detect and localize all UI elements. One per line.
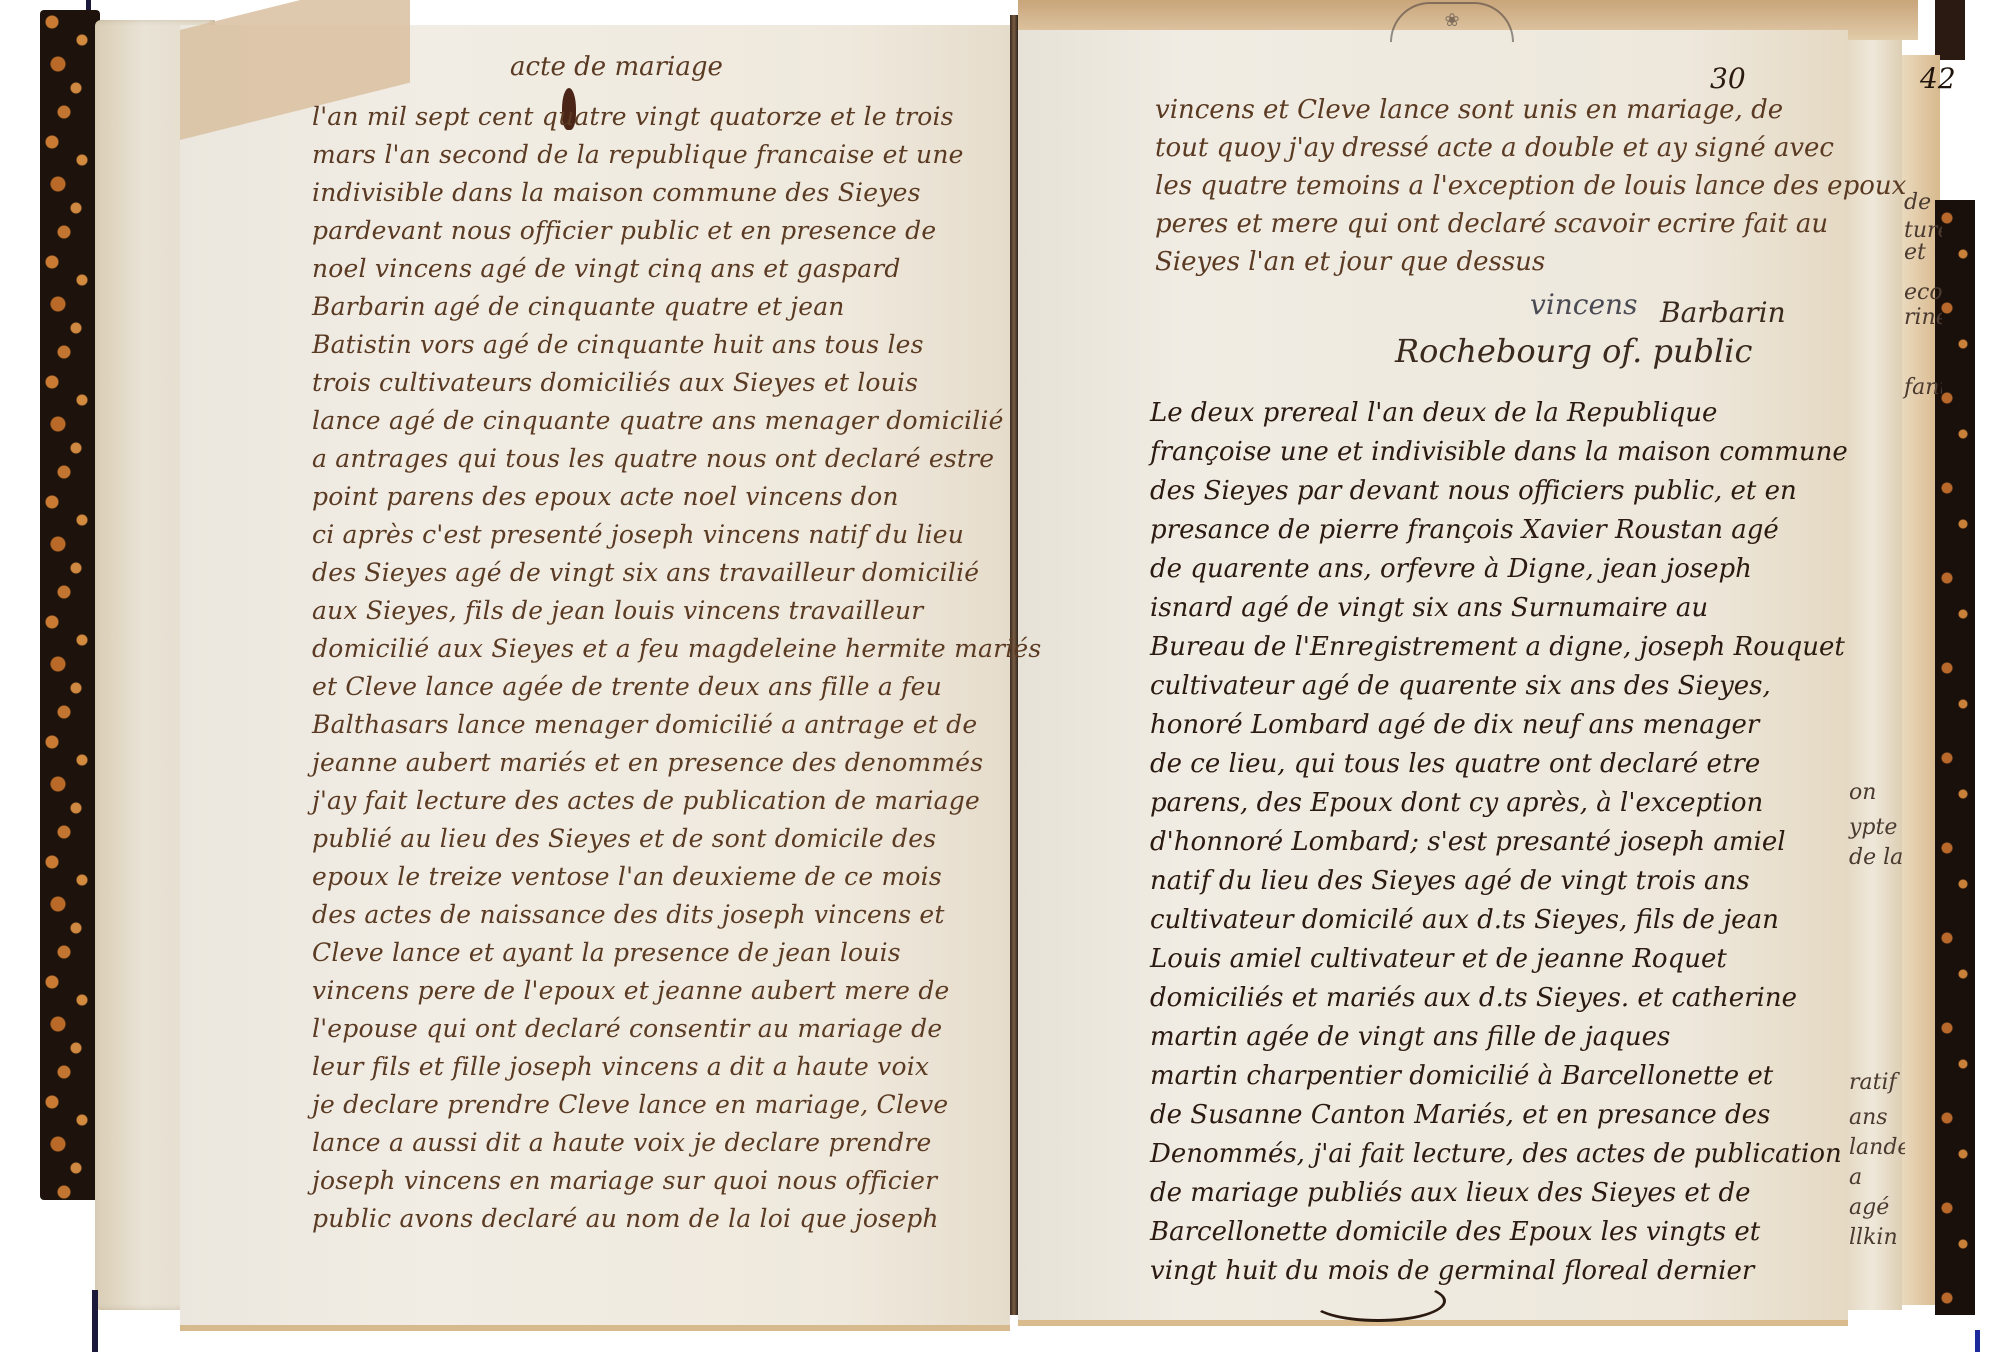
underlying-folio-number: 42 (1920, 62, 1956, 95)
right-page-first-act: vincens et Cleve lance sont unis en mari… (1155, 95, 1855, 295)
text-line: lance a aussi dit a haute voix je declar… (312, 1128, 931, 1157)
text-line: des actes de naissance des dits joseph v… (312, 900, 945, 929)
text-line: natif du lieu des Sieyes agé de vingt tr… (1150, 866, 1750, 896)
text-line: a antrages qui tous les quatre nous ont … (312, 444, 994, 473)
text-line: de quarente ans, orfevre à Digne, jean j… (1150, 554, 1752, 584)
text-line: Cleve lance et ayant la presence de jean… (312, 938, 901, 967)
text-line: martin charpentier domicilié à Barcellon… (1150, 1061, 1773, 1091)
text-line: les quatre temoins a l'exception de loui… (1155, 171, 1906, 201)
text-line: d'honnoré Lombard; s'est presanté joseph… (1150, 827, 1786, 857)
text-line: et Cleve lance agée de trente deux ans f… (312, 672, 942, 701)
margin-fragment: ans (1849, 1105, 1888, 1130)
margin-fragment: rine (1904, 305, 1942, 330)
text-line: leur fils et fille joseph vincens a dit … (312, 1052, 929, 1081)
text-line: des Sieyes par devant nous officiers pub… (1150, 476, 1797, 506)
text-line: Bureau de l'Enregistrement a digne, jose… (1150, 632, 1845, 662)
signature-paraph (1310, 1280, 1446, 1322)
text-line: public avons declaré au nom de la loi qu… (312, 1204, 939, 1233)
folio-number: 30 (1710, 62, 1746, 95)
text-line: domiciliés et mariés aux d.ts Sieyes. et… (1150, 983, 1797, 1013)
text-line: des Sieyes agé de vingt six ans travaill… (312, 558, 979, 587)
text-line: lance agé de cinquante quatre ans menage… (312, 406, 1004, 435)
text-line: pardevant nous officier public et en pre… (312, 216, 936, 245)
margin-fragment: a (1849, 1165, 1862, 1190)
text-line: publié au lieu des Sieyes et de sont dom… (312, 824, 936, 853)
text-line: honoré Lombard agé de dix neuf ans menag… (1150, 710, 1759, 740)
text-line: indivisible dans la maison commune des S… (312, 178, 921, 207)
bookmark-cord (92, 1290, 98, 1352)
text-line: noel vincens agé de vingt cinq ans et ga… (312, 254, 901, 283)
text-line: aux Sieyes, fils de jean louis vincens t… (312, 596, 923, 625)
margin-fragment: agé (1849, 1195, 1889, 1220)
left-page-text: l'an mil sept cent quatre vingt quatorze… (312, 102, 1012, 1252)
text-line: martin agée de vingt ans fille de jaques (1150, 1022, 1670, 1052)
binding-corner (1935, 0, 1965, 60)
text-line: point parens des epoux acte noel vincens… (312, 482, 899, 511)
text-line: trois cultivateurs domiciliés aux Sieyes… (312, 368, 918, 397)
margin-fragment: ecov (1904, 280, 1942, 305)
text-line: l'epouse qui ont declaré consentir au ma… (312, 1014, 942, 1043)
text-line: de mariage publiés aux lieux des Sieyes … (1150, 1178, 1750, 1208)
text-line: françoise une et indivisible dans la mai… (1150, 437, 1848, 467)
act-heading: acte de mariage (510, 52, 723, 82)
text-line: Louis amiel cultivateur et de jeanne Roq… (1150, 944, 1727, 974)
margin-fragment: de la (1849, 845, 1903, 870)
text-line: vincens et Cleve lance sont unis en mari… (1155, 95, 1783, 125)
text-line: domicilié aux Sieyes et a feu magdeleine… (312, 634, 1041, 663)
margin-fragments: de ture et ecov rine fant (1902, 190, 1942, 1290)
margin-fragment: on (1849, 780, 1876, 805)
marbled-cover-left (40, 10, 100, 1200)
blue-mark (1915, 1330, 1980, 1352)
text-line: de Susanne Canton Mariés, et en presance… (1150, 1100, 1770, 1130)
margin-fragment: fant (1904, 375, 1942, 400)
text-line: epoux le treize ventose l'an deuxieme de… (312, 862, 942, 891)
text-line: Batistin vors agé de cinquante huit ans … (312, 330, 924, 359)
text-line: de ce lieu, qui tous les quatre ont decl… (1150, 749, 1760, 779)
text-line: tout quoy j'ay dressé acte a double et a… (1155, 133, 1834, 163)
text-line: peres et mere qui ont declaré scavoir ec… (1155, 209, 1828, 239)
text-line: cultivateur domicilé aux d.ts Sieyes, fi… (1150, 905, 1779, 935)
text-line: joseph vincens en mariage sur quoi nous … (312, 1166, 937, 1195)
text-line: Le deux prereal l'an deux de la Republiq… (1150, 398, 1717, 428)
margin-fragment: de (1904, 190, 1931, 215)
text-line: parens, des Epoux dont cy après, à l'exc… (1150, 788, 1763, 818)
text-line: Barcellonette domicile des Epoux les vin… (1150, 1217, 1760, 1247)
text-line: Denommés, j'ai fait lecture, des actes d… (1150, 1139, 1842, 1169)
signature-officer: Rochebourg of. public (1395, 332, 1752, 370)
margin-fragment: et (1904, 240, 1926, 265)
margin-fragment: ypte (1849, 815, 1897, 840)
margin-fragment: llkin (1849, 1225, 1898, 1250)
text-line: je declare prendre Cleve lance en mariag… (312, 1090, 948, 1119)
text-line: l'an mil sept cent quatre vingt quatorze… (312, 102, 954, 131)
right-page-second-act: Le deux prereal l'an deux de la Republiq… (1150, 398, 1850, 1278)
text-line: ci après c'est presenté joseph vincens n… (312, 520, 964, 549)
stamp-icon: ❀ (1390, 2, 1514, 42)
text-line: vingt huit du mois de germinal floreal d… (1150, 1256, 1754, 1286)
text-line: Balthasars lance menager domicilié a ant… (312, 710, 977, 739)
signature-vincens: vincens (1530, 288, 1637, 321)
margin-fragments-lower: on ypte de la ratif ans lande a agé llki… (1845, 780, 1905, 1260)
text-line: Sieyes l'an et jour que dessus (1155, 247, 1545, 277)
signature-barbarin: Barbarin (1660, 296, 1786, 329)
margin-fragment: ratif (1849, 1070, 1897, 1095)
text-line: Barbarin agé de cinquante quatre et jean (312, 292, 845, 321)
text-line: j'ay fait lecture des actes de publicati… (312, 786, 980, 815)
text-line: cultivateur agé de quarente six ans des … (1150, 671, 1771, 701)
text-line: isnard agé de vingt six ans Surnumaire a… (1150, 593, 1708, 623)
text-line: presance de pierre françois Xavier Roust… (1150, 515, 1779, 545)
margin-fragment: lande (1849, 1135, 1905, 1160)
text-line: jeanne aubert mariés et en presence des … (312, 748, 983, 777)
text-line: mars l'an second de la republique franca… (312, 140, 964, 169)
text-line: vincens pere de l'epoux et jeanne aubert… (312, 976, 950, 1005)
